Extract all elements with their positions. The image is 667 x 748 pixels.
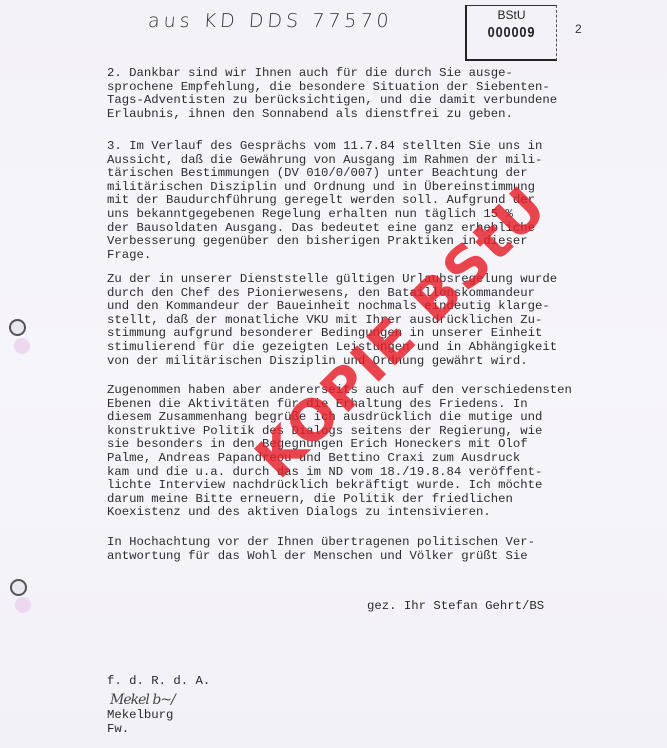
punch-hole-shadow-icon bbox=[14, 338, 30, 354]
archive-stamp-number: 000009 bbox=[474, 24, 550, 41]
page-number: 2 bbox=[575, 22, 582, 36]
punch-hole-icon bbox=[10, 579, 27, 596]
punch-hole-shadow-icon bbox=[15, 597, 31, 613]
archive-stamp: BStU 000009 bbox=[465, 5, 557, 61]
certification-note: f. d. R. d. A. bbox=[107, 674, 210, 688]
certifier-rank: Fw. bbox=[107, 722, 129, 736]
archive-stamp-label: BStU bbox=[467, 8, 556, 22]
paragraph-2: 2. Dankbar sind wir Ihnen auch für die d… bbox=[107, 67, 647, 121]
handwritten-signature: Mekel b~/ bbox=[110, 692, 175, 708]
closing-paragraph: In Hochachtung vor der Ihnen übertragene… bbox=[107, 536, 647, 563]
paragraph-leave-regulation: Zu der in unserer Dienststelle gültigen … bbox=[107, 273, 647, 368]
document-page: aus KD DDS 77570 BStU 000009 2 2. Dankba… bbox=[0, 0, 667, 748]
handwritten-reference-note: aus KD DDS 77570 bbox=[147, 10, 393, 32]
paragraph-3: 3. Im Verlauf des Gesprächs vom 11.7.84 … bbox=[107, 140, 647, 262]
punch-hole-icon bbox=[9, 319, 26, 336]
paragraph-peace-activities: Zugenommen haben aber andererseits auch … bbox=[107, 384, 647, 520]
signature-line: gez. Ihr Stefan Gehrt/BS bbox=[367, 599, 544, 613]
certifier-name: Mekelburg bbox=[107, 708, 173, 722]
